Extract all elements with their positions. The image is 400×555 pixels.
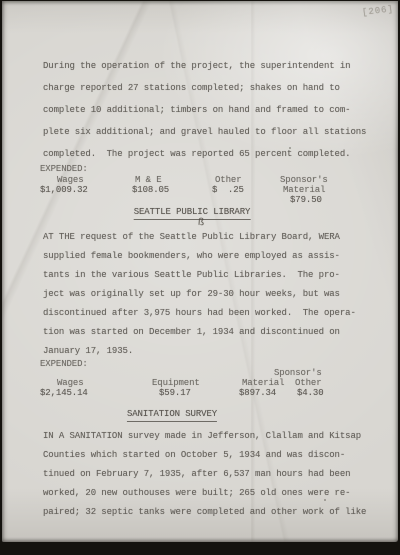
paragraph-line: IN A SANITATION survey made in Jefferson…: [43, 431, 361, 442]
material-amount: $897.34: [239, 388, 276, 399]
paragraph-line: tants in the various Seattle Public Libr…: [43, 270, 340, 281]
wages-amount: $1,009.32: [40, 185, 88, 196]
paragraph-line: worked, 20 new outhouses were built; 265…: [43, 488, 350, 499]
paper-speck: [324, 499, 326, 501]
paragraph-line: AT THE request of the Seattle Public Lib…: [43, 232, 340, 243]
wages-amount: $2,145.14: [40, 388, 88, 399]
paragraph-line: January 17, 1935.: [43, 346, 133, 357]
paragraph-line: tinued on February 7, 1935, after 6,537 …: [43, 469, 350, 480]
expended-label: EXPENDED:: [40, 164, 88, 175]
equipment-amount: $59.17: [159, 388, 191, 399]
paragraph-line: complete 10 additional; timbers on hand …: [43, 105, 350, 116]
pencil-page-number: [206]: [362, 4, 395, 18]
paragraph-line: supplied female bookmenders, who were em…: [43, 251, 340, 262]
paper-page: [206] During the operation of the projec…: [2, 1, 398, 542]
paper-speck: [289, 147, 291, 149]
stray-pencil-mark: ß: [198, 218, 205, 229]
paragraph-line: ject was originally set up for 29-30 hou…: [43, 289, 340, 300]
scanned-document-photo: [206] During the operation of the projec…: [0, 0, 400, 555]
paragraph-line: During the operation of the project, the…: [43, 61, 350, 72]
paragraph-line: discontinued after 3,975 hours had been …: [43, 308, 356, 319]
paragraph-line: completed. The project was reported 65 p…: [43, 149, 350, 160]
section-heading-sanitation-survey: SANITATION SURVEY: [127, 409, 217, 422]
section-heading-seattle-public-library: SEATTLE PUBLIC LIBRARY: [134, 207, 251, 220]
paragraph-line: plete six additional; and gravel hauled …: [43, 127, 366, 138]
expended-label: EXPENDED:: [40, 359, 88, 370]
other-amount: $4.30: [297, 388, 324, 399]
paragraph-line: Counties which started on October 5, 193…: [43, 450, 345, 461]
paragraph-line: charge reported 27 stations completed; s…: [43, 83, 340, 94]
paragraph-line: paired; 32 septic tanks were completed a…: [43, 507, 366, 518]
sponsors-material-amount: $79.50: [290, 195, 322, 206]
paragraph-line: tion was started on December 1, 1934 and…: [43, 327, 340, 338]
typewritten-content: [206] During the operation of the projec…: [2, 1, 398, 542]
other-amount: $ .25: [212, 185, 244, 196]
m-and-e-amount: $108.05: [132, 185, 169, 196]
